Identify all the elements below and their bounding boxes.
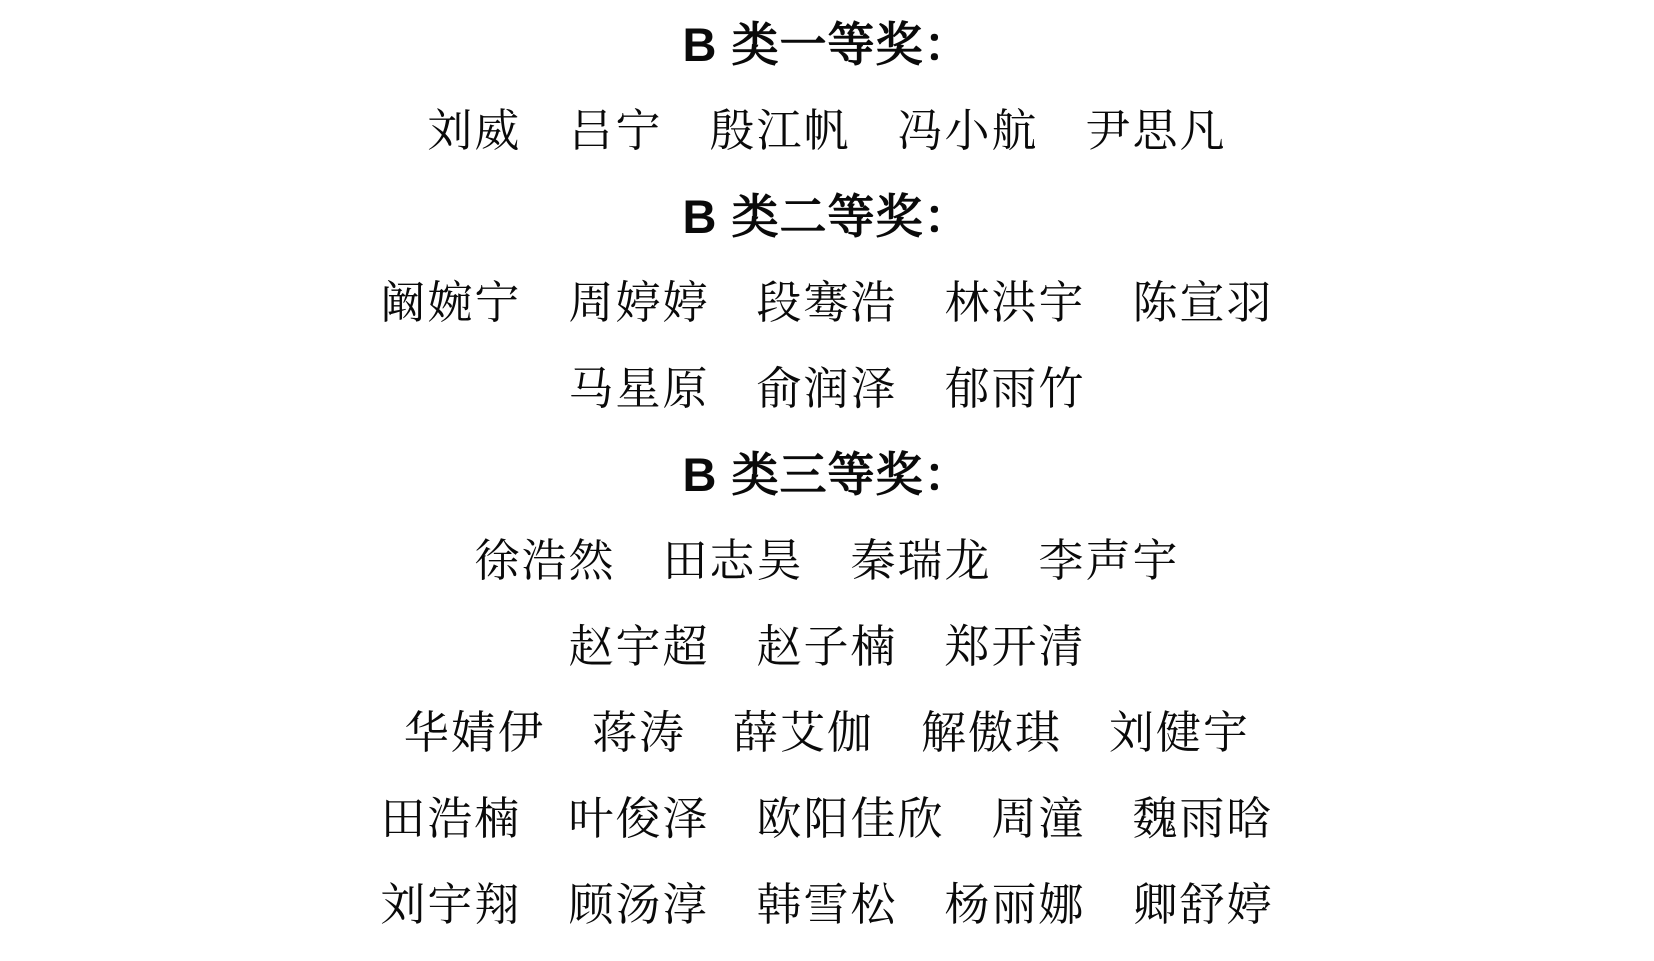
prize-heading: B 类三等奖：	[0, 432, 1654, 518]
winner-name: 解傲琪	[921, 708, 1062, 758]
winner-name: 冯小航	[898, 106, 1039, 156]
winner-row: 刘宇翔 顾汤淳 韩雪松 杨丽娜 卿舒婷	[0, 862, 1654, 948]
winner-name: 赵子楠	[756, 622, 897, 672]
winner-name: 刘宇翔	[380, 880, 521, 930]
winner-name: 殷江帆	[709, 106, 850, 156]
winner-name: 马星原	[568, 364, 709, 414]
prize-heading: B 类一等奖：	[0, 2, 1654, 88]
winner-name: 刘威	[427, 106, 521, 156]
winner-name: 刘健宇	[1109, 708, 1250, 758]
winner-name: 田浩楠	[380, 794, 521, 844]
winner-name: 秦瑞龙	[851, 536, 992, 586]
winner-row: 徐浩然 田志昊 秦瑞龙 李声宇	[0, 518, 1654, 604]
winner-name: 段骞浩	[756, 278, 897, 328]
winner-name: 阚婉宁	[380, 278, 521, 328]
winner-name: 华婧伊	[404, 708, 545, 758]
winner-row: 华婧伊 蒋涛 薛艾伽 解傲琪 刘健宇	[0, 690, 1654, 776]
winner-name: 吕宁	[568, 106, 662, 156]
winner-name: 魏雨晗	[1133, 794, 1274, 844]
winner-name: 徐浩然	[474, 536, 615, 586]
winner-name: 蒋涛	[592, 708, 686, 758]
winner-name: 田志昊	[662, 536, 803, 586]
winner-name: 杨丽娜	[945, 880, 1086, 930]
prize-heading: B 类二等奖：	[0, 174, 1654, 260]
winner-name: 顾汤淳	[568, 880, 709, 930]
winner-name: 赵宇超	[568, 622, 709, 672]
winner-row: 赵宇超 赵子楠 郑开清	[0, 604, 1654, 690]
prize-sections: B 类一等奖：刘威 吕宁 殷江帆 冯小航 尹思凡B 类二等奖：阚婉宁 周婷婷 段…	[0, 2, 1654, 948]
winner-name: 郁雨竹	[945, 364, 1086, 414]
winner-name: 韩雪松	[756, 880, 897, 930]
winner-name: 郑开清	[945, 622, 1086, 672]
winner-name: 李声宇	[1039, 536, 1180, 586]
award-list-document: B 类一等奖：刘威 吕宁 殷江帆 冯小航 尹思凡B 类二等奖：阚婉宁 周婷婷 段…	[0, 0, 1654, 961]
winner-row: 马星原 俞润泽 郁雨竹	[0, 346, 1654, 432]
winner-name: 欧阳佳欣	[756, 794, 944, 844]
winner-name: 卿舒婷	[1133, 880, 1274, 930]
winner-row: 阚婉宁 周婷婷 段骞浩 林洪宇 陈宣羽	[0, 260, 1654, 346]
winner-name: 陈宣羽	[1133, 278, 1274, 328]
winner-name: 俞润泽	[756, 364, 897, 414]
winner-name: 周潼	[992, 794, 1086, 844]
winner-name: 林洪宇	[945, 278, 1086, 328]
winner-name: 薛艾伽	[733, 708, 874, 758]
winner-row: 刘威 吕宁 殷江帆 冯小航 尹思凡	[0, 88, 1654, 174]
winner-row: 田浩楠 叶俊泽 欧阳佳欣 周潼 魏雨晗	[0, 776, 1654, 862]
winner-name: 尹思凡	[1086, 106, 1227, 156]
winner-name: 叶俊泽	[568, 794, 709, 844]
winner-name: 周婷婷	[568, 278, 709, 328]
